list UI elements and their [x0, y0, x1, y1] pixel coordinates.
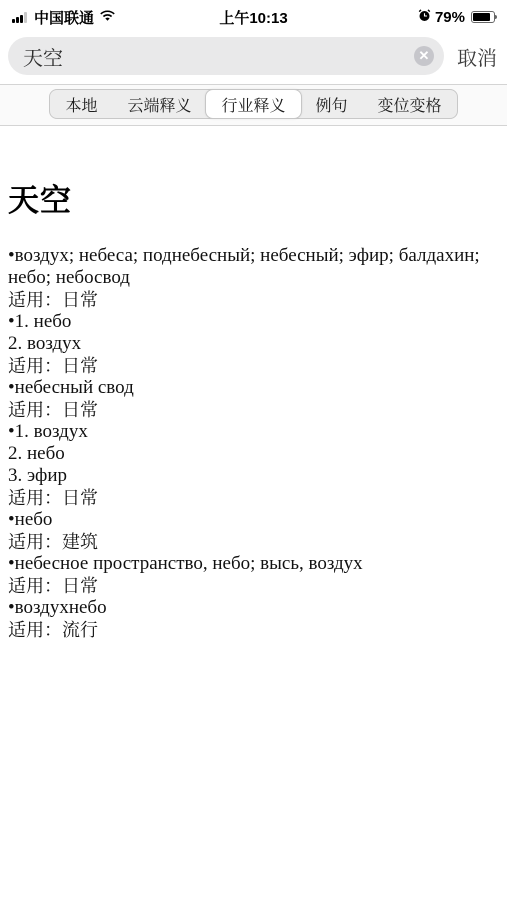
- tab-2[interactable]: 行业释义: [205, 89, 301, 119]
- status-right: 79%: [288, 9, 495, 26]
- wifi-icon: [99, 9, 116, 26]
- usage-line: 适用：日常: [8, 487, 499, 509]
- tab-4[interactable]: 变位变格: [363, 90, 457, 118]
- definition-line: •1. воздух: [8, 421, 499, 443]
- page-title: 天空: [8, 175, 499, 220]
- carrier-label: 中国联通: [34, 7, 94, 28]
- definition-entry: •небо适用：建筑: [8, 509, 499, 553]
- battery-percent: 79%: [435, 9, 465, 26]
- alarm-clock-icon: [418, 9, 431, 26]
- status-center: 上午10:13: [219, 7, 287, 28]
- status-bar: 中国联通 上午10:13 79%: [0, 0, 507, 32]
- status-time: 上午10:13: [219, 10, 287, 27]
- segmented-control: 本地云端释义行业释义例句变位变格: [49, 89, 457, 119]
- usage-line: 适用：日常: [8, 399, 499, 421]
- definition-line: •небо: [8, 509, 499, 531]
- phone-screen: 中国联通 上午10:13 79%: [0, 0, 507, 900]
- definition-line: •небесное пространство, небо; высь, возд…: [8, 553, 499, 575]
- definition-entry: •воздух; небеса; поднебесный; небесный; …: [8, 245, 499, 311]
- cancel-button[interactable]: 取消: [457, 42, 497, 71]
- battery-icon: [471, 11, 495, 23]
- definition-entry: •1. воздух2. небо3. эфир适用：日常: [8, 421, 499, 509]
- search-input[interactable]: 天空 ✕: [8, 37, 444, 75]
- usage-line: 适用：日常: [8, 575, 499, 597]
- usage-line: 适用：日常: [8, 355, 499, 377]
- signal-strength-icon: [12, 12, 27, 23]
- tab-0[interactable]: 本地: [50, 90, 112, 118]
- definition-entry: •1. небо2. воздух适用：日常: [8, 311, 499, 377]
- search-bar: 天空 ✕ 取消: [0, 32, 507, 84]
- definition-line: •воздухнебо: [8, 597, 499, 619]
- tab-3[interactable]: 例句: [301, 90, 363, 118]
- definition-line: 2. воздух: [8, 333, 499, 355]
- status-left: 中国联通: [12, 7, 219, 28]
- usage-line: 适用：日常: [8, 289, 499, 311]
- content-area: 天空 •воздух; небеса; поднебесный; небесны…: [0, 175, 507, 641]
- definition-list: •воздух; небеса; поднебесный; небесный; …: [8, 245, 499, 641]
- definition-line: 3. эфир: [8, 465, 499, 487]
- definition-entry: •небесный свод适用：日常: [8, 377, 499, 421]
- definition-entry: •небесное пространство, небо; высь, возд…: [8, 553, 499, 597]
- tab-strip: 本地云端释义行业释义例句变位变格: [0, 84, 507, 126]
- usage-line: 适用：建筑: [8, 531, 499, 553]
- definition-entry: •воздухнебо适用：流行: [8, 597, 499, 641]
- usage-line: 适用：流行: [8, 619, 499, 641]
- definition-line: •1. небо: [8, 311, 499, 333]
- definition-line: •небесный свод: [8, 377, 499, 399]
- definition-line: 2. небо: [8, 443, 499, 465]
- tab-1[interactable]: 云端释义: [112, 90, 206, 118]
- search-query: 天空: [23, 42, 414, 71]
- definition-line: •воздух; небеса; поднебесный; небесный; …: [8, 245, 499, 289]
- clear-icon[interactable]: ✕: [414, 46, 434, 66]
